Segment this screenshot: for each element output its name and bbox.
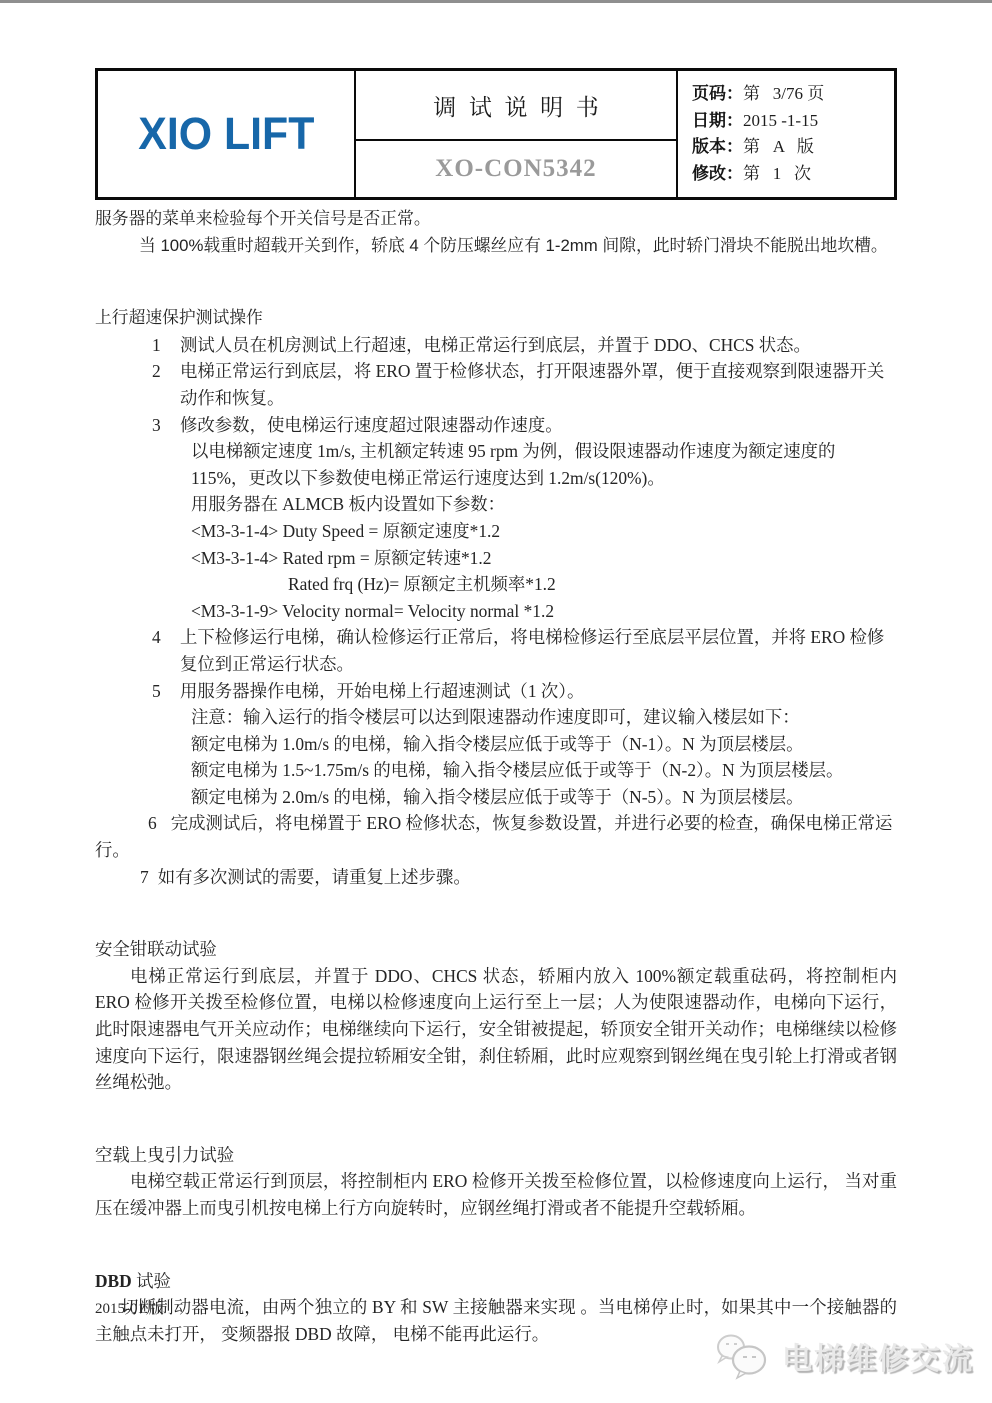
header-meta: 页码：第 3/76 页日期：2015 -1-15版本：第 A 版修改：第 1 次	[678, 71, 894, 197]
text-line: 4上下检修运行电梯，确认检修运行正常后，将电梯检修运行至底层平层位置，并将 ER…	[95, 624, 897, 677]
item-text: 上下检修运行电梯，确认检修运行正常后，将电梯检修运行至底层平层位置，并将 ERO…	[180, 627, 884, 674]
item-number: 4	[152, 624, 161, 651]
text-line: Rated frq (Hz)= 原额定主机频率*1.2	[95, 571, 897, 598]
meta-value: 2015 -1-15	[743, 111, 818, 130]
document-title: 调试说明书	[356, 71, 676, 141]
section-heading: DBD 试验	[95, 1268, 897, 1295]
text-line: 2电梯正常运行到底层，将 ERO 置于检修状态，打开限速器外罩，便于直接观察到限…	[95, 358, 897, 411]
meta-row: 修改：第 1 次	[692, 161, 894, 188]
page: { "header": { "logo": "XIO LIFT", "doc_t…	[0, 0, 992, 1403]
meta-label: 版本：	[692, 137, 743, 156]
item-number: 3	[152, 412, 161, 439]
text-line: 额定电梯为 1.5~1.75m/s 的电梯，输入指令楼层应低于或等于（N-2）。…	[95, 757, 897, 784]
text-line: <M3-3-1-9> Velocity normal= Velocity nor…	[95, 598, 897, 625]
xiolift-logo: XIO LIFT	[138, 108, 314, 160]
text-line: 电梯空载正常运行到顶层，将控制柜内 ERO 检修开关拨至检修位置，以检修速度向上…	[95, 1168, 897, 1221]
text-line: 额定电梯为 1.0m/s 的电梯，输入指令楼层应低于或等于（N-1）。N 为顶层…	[95, 731, 897, 758]
meta-row: 版本：第 A 版	[692, 134, 894, 161]
item-number: 7	[140, 867, 149, 887]
document-body: 服务器的菜单来检验每个开关信号是否正常。当 100%载重时超载开关到作，轿底 4…	[95, 206, 897, 1347]
footer-version: 2015-01 版	[95, 1297, 164, 1318]
meta-value: 第 A 版	[743, 137, 814, 156]
item-number: 6	[148, 813, 157, 833]
item-text: 电梯正常运行到底层，将 ERO 置于检修状态，打开限速器外罩，便于直接观察到限速…	[180, 361, 884, 408]
wechat-icon	[714, 1332, 772, 1380]
text-line: 1测试人员在机房测试上行超速，电梯正常运行到底层，并置于 DDO、CHCS 状态…	[95, 332, 897, 359]
item-text: 测试人员在机房测试上行超速，电梯正常运行到底层，并置于 DDO、CHCS 状态。	[180, 335, 811, 355]
text-line: 5用服务器操作电梯，开始电梯上行超速测试（1 次）。	[95, 678, 897, 705]
logo-cell: XIO LIFT	[98, 71, 356, 197]
text-line: <M3-3-1-4> Duty Speed = 原额定速度*1.2	[95, 518, 897, 545]
header-table: XIO LIFT 调试说明书 XO-CON5342 页码：第 3/76 页日期：…	[95, 68, 897, 200]
meta-value: 第 3/76 页	[743, 84, 824, 103]
text-line: 电梯正常运行到底层，并置于 DDO、CHCS 状态，轿厢内放入 100%额定载重…	[95, 963, 897, 1096]
text-line: 服务器的菜单来检验每个开关信号是否正常。	[95, 206, 897, 233]
meta-row: 日期：2015 -1-15	[692, 108, 894, 135]
meta-label: 修改：	[692, 164, 743, 183]
meta-label: 日期：	[692, 111, 743, 130]
meta-row: 页码：第 3/76 页	[692, 81, 894, 108]
heading-bold-prefix: DBD	[95, 1271, 132, 1291]
text-line: <M3-3-1-4> Rated rpm = 原额定转速*1.2	[95, 545, 897, 572]
meta-value: 第 1 次	[743, 164, 811, 183]
text-line: 用服务器在 ALMCB 板内设置如下参数：	[95, 491, 897, 518]
watermark: 电梯维修交流	[714, 1332, 974, 1380]
text-line: 当 100%载重时超载开关到作，轿底 4 个防压螺丝应有 1-2mm 间隙，此时…	[95, 233, 897, 260]
item-text: 修改参数，使电梯运行速度超过限速器动作速度。	[180, 415, 563, 435]
text-line: 6完成测试后，将电梯置于 ERO 检修状态，恢复参数设置，并进行必要的检查，确保…	[95, 810, 897, 863]
text-line: 3修改参数，使电梯运行速度超过限速器动作速度。	[95, 412, 897, 439]
text-line: 7如有多次测试的需要，请重复上述步骤。	[95, 864, 897, 891]
section-heading: 空载上曳引力试验	[95, 1142, 897, 1169]
watermark-text: 电梯维修交流	[782, 1334, 974, 1378]
text-line: 注意：输入运行的指令楼层可以达到限速器动作速度即可，建议输入楼层如下：	[95, 704, 897, 731]
section-heading: 安全钳联动试验	[95, 936, 897, 963]
item-number: 1	[152, 332, 161, 359]
item-number: 5	[152, 678, 161, 705]
meta-label: 页码：	[692, 84, 743, 103]
document-code: XO-CON5342	[356, 141, 676, 197]
item-text: 用服务器操作电梯，开始电梯上行超速测试（1 次）。	[180, 681, 584, 701]
text-line: 额定电梯为 2.0m/s 的电梯，输入指令楼层应低于或等于（N-5）。N 为顶层…	[95, 784, 897, 811]
text-line: 以电梯额定速度 1m/s, 主机额定转速 95 rpm 为例，假设限速器动作速度…	[95, 438, 897, 491]
item-number: 2	[152, 358, 161, 385]
scan-edge-strip	[0, 0, 992, 3]
title-cell: 调试说明书 XO-CON5342	[356, 71, 678, 197]
section-heading: 上行超速保护测试操作	[95, 305, 897, 332]
